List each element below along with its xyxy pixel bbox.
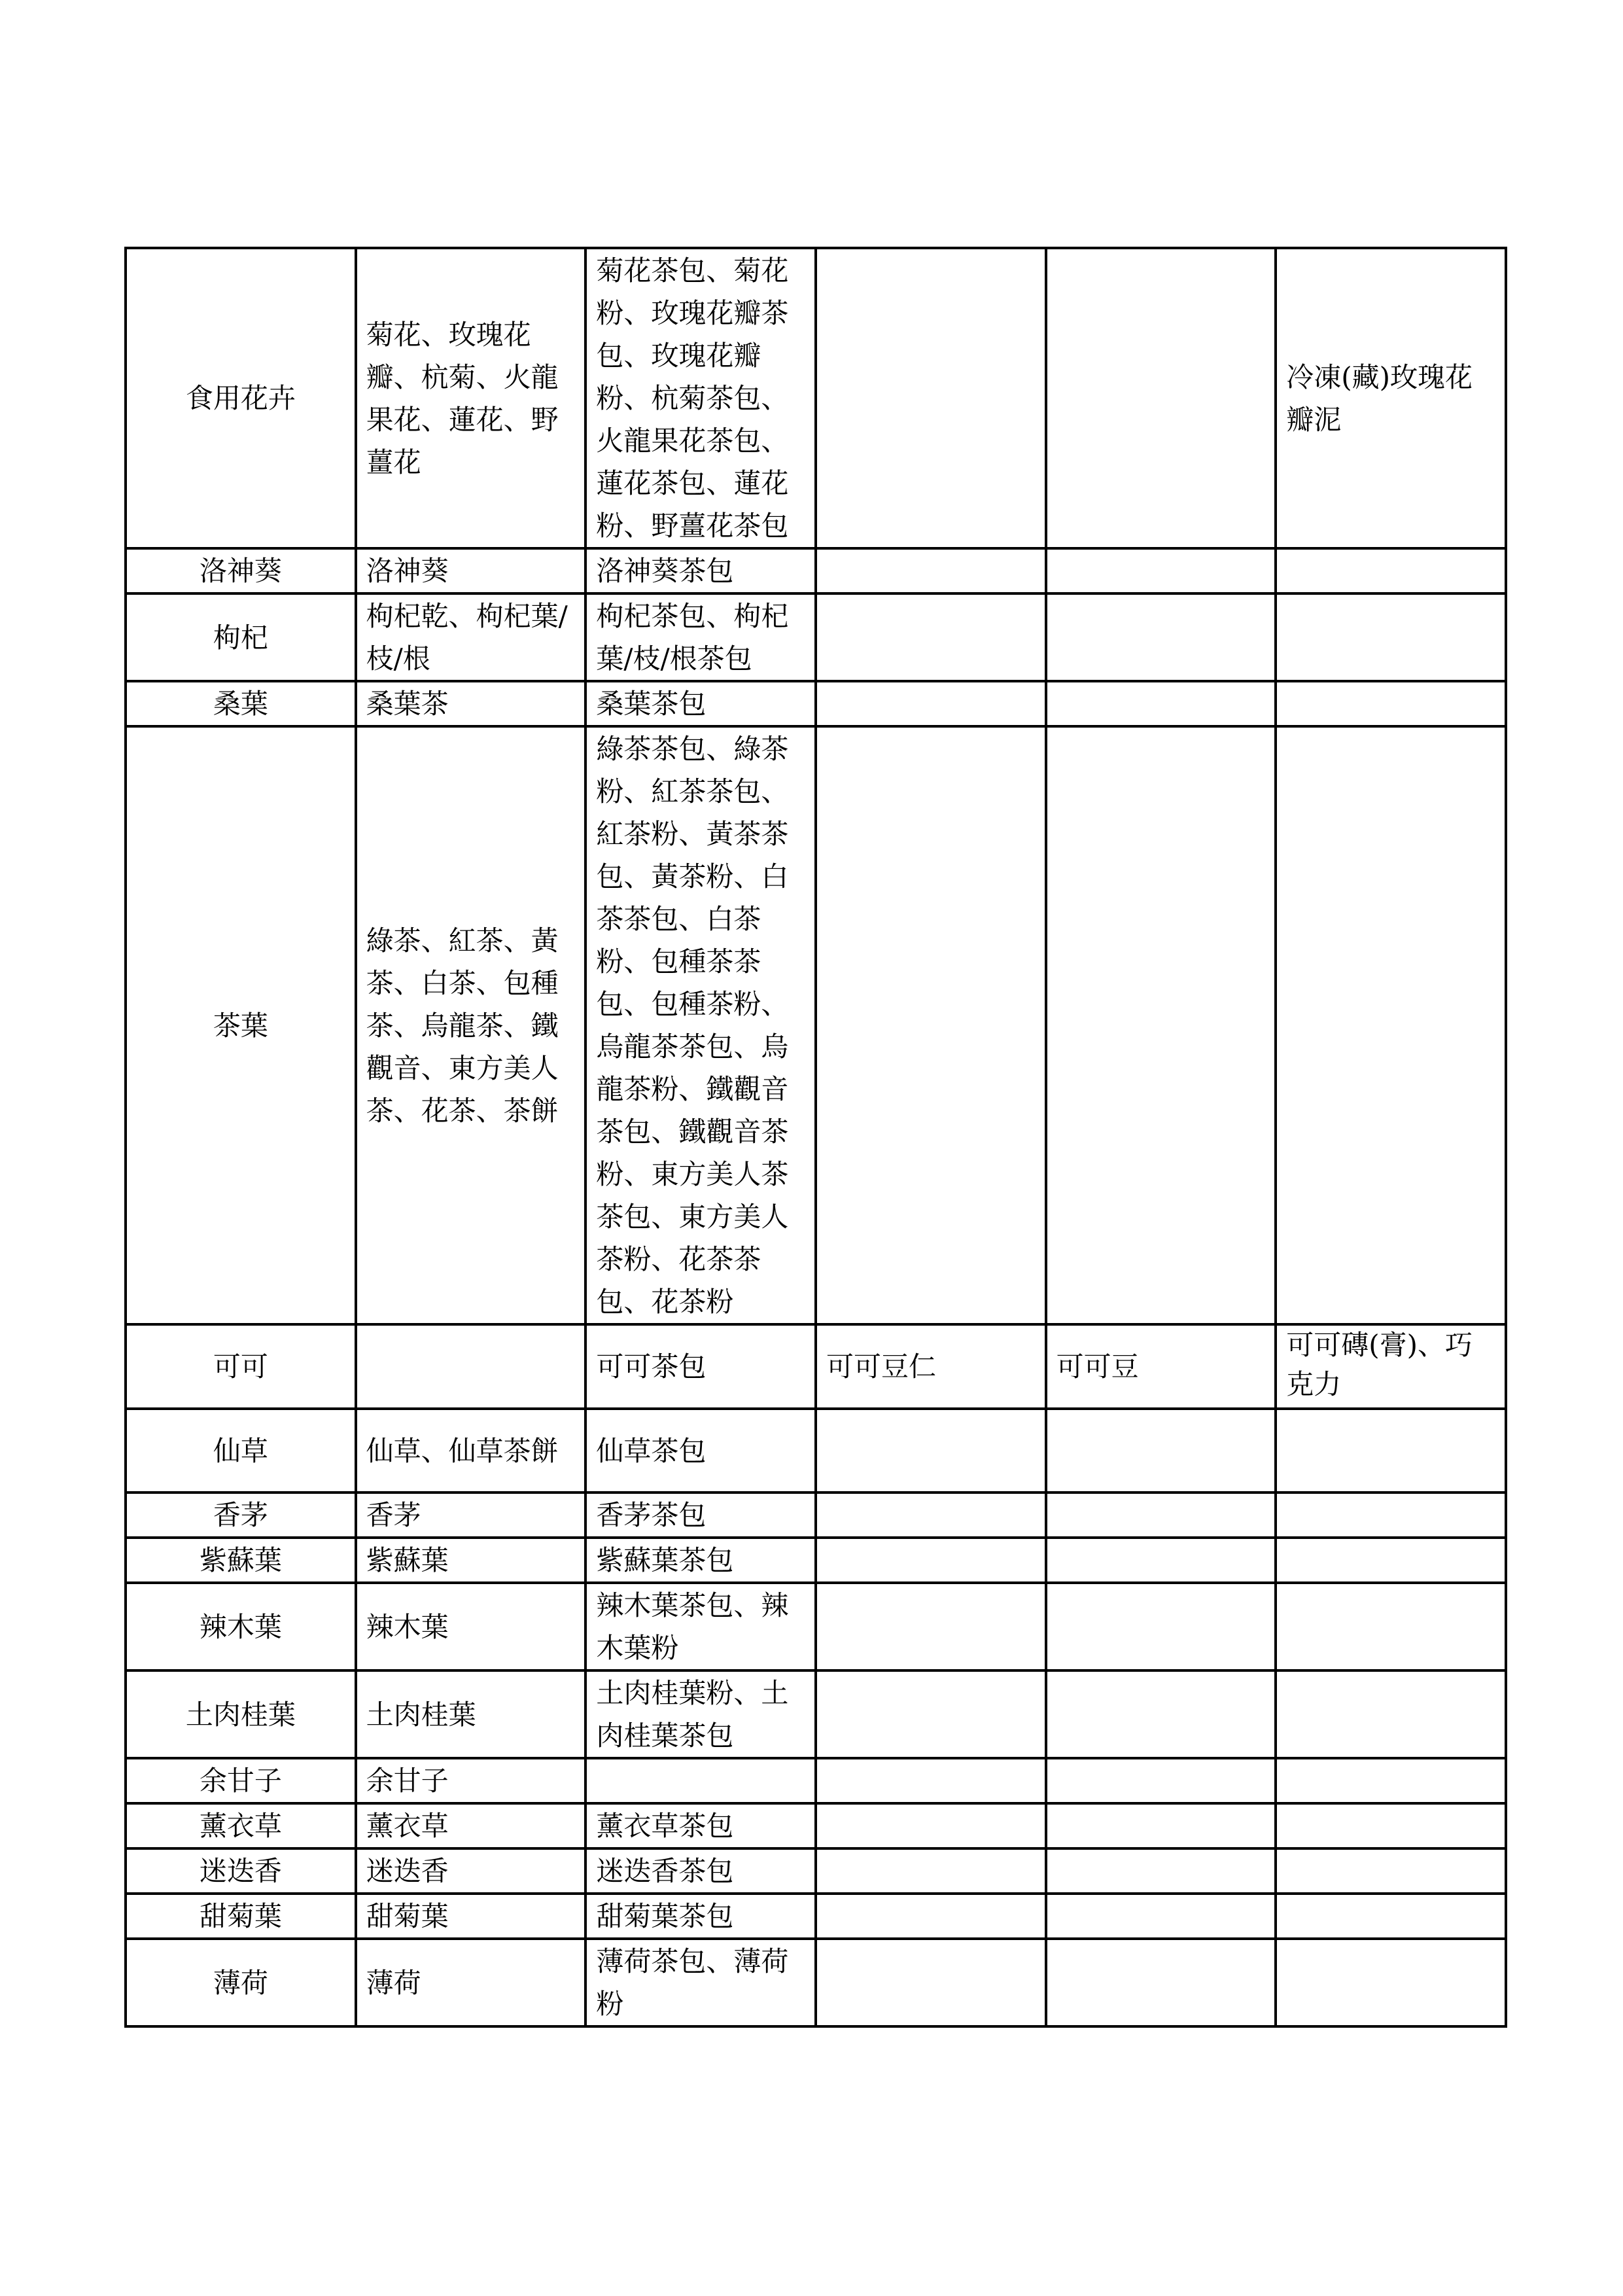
raw-items-cell: 綠茶、紅茶、黃茶、白茶、包種茶、烏龍茶、鐵觀音、東方美人茶、花茶、茶餅 <box>356 726 586 1324</box>
col6-cell <box>1276 1538 1506 1583</box>
category-cell: 香茅 <box>126 1492 356 1538</box>
col5-cell <box>1046 1848 1276 1894</box>
table-row: 土肉桂葉 土肉桂葉 土肉桂葉粉、土肉桂葉茶包 <box>126 1670 1506 1758</box>
processed-items-cell: 紫蘇葉茶包 <box>585 1538 816 1583</box>
col4-cell <box>816 1848 1046 1894</box>
processed-items-cell: 薄荷茶包、薄荷粉 <box>585 1939 816 2026</box>
col6-cell <box>1276 1492 1506 1538</box>
raw-items-cell: 菊花、玫瑰花瓣、杭菊、火龍果花、蓮花、野薑花 <box>356 248 586 548</box>
raw-items-cell: 迷迭香 <box>356 1848 586 1894</box>
table-row: 枸杞 枸杞乾、枸杞葉/枝/根 枸杞茶包、枸杞葉/枝/根茶包 <box>126 593 1506 681</box>
table-row: 薰衣草 薰衣草 薰衣草茶包 <box>126 1803 1506 1848</box>
category-cell: 薰衣草 <box>126 1803 356 1848</box>
processed-items-cell: 仙草茶包 <box>585 1409 816 1492</box>
col4-cell <box>816 1939 1046 2026</box>
raw-items-cell: 香茅 <box>356 1492 586 1538</box>
col4-cell <box>816 1670 1046 1758</box>
col6-cell <box>1276 1939 1506 2026</box>
processed-items-cell: 薰衣草茶包 <box>585 1803 816 1848</box>
raw-items-cell: 薄荷 <box>356 1939 586 2026</box>
table-row: 迷迭香 迷迭香 迷迭香茶包 <box>126 1848 1506 1894</box>
product-category-table: 食用花卉 菊花、玫瑰花瓣、杭菊、火龍果花、蓮花、野薑花 菊花茶包、菊花粉、玫瑰花… <box>124 247 1507 2028</box>
col5-cell <box>1046 593 1276 681</box>
processed-items-cell: 甜菊葉茶包 <box>585 1894 816 1939</box>
raw-items-cell <box>356 1324 586 1409</box>
raw-items-cell: 薰衣草 <box>356 1803 586 1848</box>
col4-cell <box>816 1758 1046 1803</box>
col4-cell <box>816 548 1046 593</box>
col6-cell <box>1276 1583 1506 1670</box>
col6-cell: 冷凍(藏)玫瑰花瓣泥 <box>1276 248 1506 548</box>
col4-cell <box>816 1894 1046 1939</box>
raw-items-cell: 余甘子 <box>356 1758 586 1803</box>
col5-cell <box>1046 1538 1276 1583</box>
col5-cell <box>1046 726 1276 1324</box>
table-row: 可可 可可茶包 可可豆仁 可可豆 可可磚(膏)、巧克力 <box>126 1324 1506 1409</box>
table-row: 甜菊葉 甜菊葉 甜菊葉茶包 <box>126 1894 1506 1939</box>
category-cell: 甜菊葉 <box>126 1894 356 1939</box>
col5-cell: 可可豆 <box>1046 1324 1276 1409</box>
col5-cell <box>1046 1939 1276 2026</box>
col5-cell <box>1046 248 1276 548</box>
table-row: 香茅 香茅 香茅茶包 <box>126 1492 1506 1538</box>
processed-items-cell: 土肉桂葉粉、土肉桂葉茶包 <box>585 1670 816 1758</box>
category-cell: 迷迭香 <box>126 1848 356 1894</box>
table-row: 洛神葵 洛神葵 洛神葵茶包 <box>126 548 1506 593</box>
processed-items-cell: 枸杞茶包、枸杞葉/枝/根茶包 <box>585 593 816 681</box>
processed-items-cell: 綠茶茶包、綠茶粉、紅茶茶包、紅茶粉、黃茶茶包、黃茶粉、白茶茶包、白茶粉、包種茶茶… <box>585 726 816 1324</box>
col6-cell <box>1276 593 1506 681</box>
col5-cell <box>1046 1583 1276 1670</box>
category-cell: 紫蘇葉 <box>126 1538 356 1583</box>
raw-items-cell: 桑葉茶 <box>356 681 586 726</box>
category-cell: 土肉桂葉 <box>126 1670 356 1758</box>
category-cell: 可可 <box>126 1324 356 1409</box>
col6-cell <box>1276 726 1506 1324</box>
col6-cell <box>1276 1803 1506 1848</box>
category-cell: 薄荷 <box>126 1939 356 2026</box>
raw-items-cell: 洛神葵 <box>356 548 586 593</box>
col4-cell <box>816 681 1046 726</box>
processed-items-cell: 洛神葵茶包 <box>585 548 816 593</box>
table-row: 桑葉 桑葉茶 桑葉茶包 <box>126 681 1506 726</box>
table-row: 茶葉 綠茶、紅茶、黃茶、白茶、包種茶、烏龍茶、鐵觀音、東方美人茶、花茶、茶餅 綠… <box>126 726 1506 1324</box>
col6-cell <box>1276 681 1506 726</box>
category-cell: 余甘子 <box>126 1758 356 1803</box>
processed-items-cell: 辣木葉茶包、辣木葉粉 <box>585 1583 816 1670</box>
col6-cell <box>1276 1848 1506 1894</box>
raw-items-cell: 紫蘇葉 <box>356 1538 586 1583</box>
col4-cell <box>816 248 1046 548</box>
col4-cell <box>816 1803 1046 1848</box>
col6-cell <box>1276 1409 1506 1492</box>
category-cell: 茶葉 <box>126 726 356 1324</box>
raw-items-cell: 枸杞乾、枸杞葉/枝/根 <box>356 593 586 681</box>
col4-cell <box>816 1538 1046 1583</box>
table-row: 薄荷 薄荷 薄荷茶包、薄荷粉 <box>126 1939 1506 2026</box>
col5-cell <box>1046 1670 1276 1758</box>
col5-cell <box>1046 1894 1276 1939</box>
col6-cell <box>1276 1670 1506 1758</box>
table-row: 辣木葉 辣木葉 辣木葉茶包、辣木葉粉 <box>126 1583 1506 1670</box>
col4-cell <box>816 1583 1046 1670</box>
raw-items-cell: 土肉桂葉 <box>356 1670 586 1758</box>
col5-cell <box>1046 1803 1276 1848</box>
category-cell: 食用花卉 <box>126 248 356 548</box>
raw-items-cell: 仙草、仙草茶餅 <box>356 1409 586 1492</box>
col4-cell <box>816 593 1046 681</box>
category-cell: 枸杞 <box>126 593 356 681</box>
col6-cell <box>1276 1758 1506 1803</box>
processed-items-cell: 桑葉茶包 <box>585 681 816 726</box>
col5-cell <box>1046 1409 1276 1492</box>
raw-items-cell: 甜菊葉 <box>356 1894 586 1939</box>
table-row: 余甘子 余甘子 <box>126 1758 1506 1803</box>
processed-items-cell: 香茅茶包 <box>585 1492 816 1538</box>
table-row: 食用花卉 菊花、玫瑰花瓣、杭菊、火龍果花、蓮花、野薑花 菊花茶包、菊花粉、玫瑰花… <box>126 248 1506 548</box>
col4-cell: 可可豆仁 <box>816 1324 1046 1409</box>
col5-cell <box>1046 1758 1276 1803</box>
category-cell: 仙草 <box>126 1409 356 1492</box>
col6-cell: 可可磚(膏)、巧克力 <box>1276 1324 1506 1409</box>
raw-items-cell: 辣木葉 <box>356 1583 586 1670</box>
col6-cell <box>1276 1894 1506 1939</box>
processed-items-cell: 迷迭香茶包 <box>585 1848 816 1894</box>
col5-cell <box>1046 681 1276 726</box>
category-cell: 洛神葵 <box>126 548 356 593</box>
processed-items-cell: 菊花茶包、菊花粉、玫瑰花瓣茶包、玫瑰花瓣粉、杭菊茶包、火龍果花茶包、蓮花茶包、蓮… <box>585 248 816 548</box>
table-row: 紫蘇葉 紫蘇葉 紫蘇葉茶包 <box>126 1538 1506 1583</box>
col4-cell <box>816 726 1046 1324</box>
col4-cell <box>816 1409 1046 1492</box>
col6-cell <box>1276 548 1506 593</box>
category-cell: 辣木葉 <box>126 1583 356 1670</box>
document-page: 食用花卉 菊花、玫瑰花瓣、杭菊、火龍果花、蓮花、野薑花 菊花茶包、菊花粉、玫瑰花… <box>0 0 1623 2296</box>
col5-cell <box>1046 1492 1276 1538</box>
col4-cell <box>816 1492 1046 1538</box>
processed-items-cell <box>585 1758 816 1803</box>
category-cell: 桑葉 <box>126 681 356 726</box>
col5-cell <box>1046 548 1276 593</box>
processed-items-cell: 可可茶包 <box>585 1324 816 1409</box>
table-row: 仙草 仙草、仙草茶餅 仙草茶包 <box>126 1409 1506 1492</box>
